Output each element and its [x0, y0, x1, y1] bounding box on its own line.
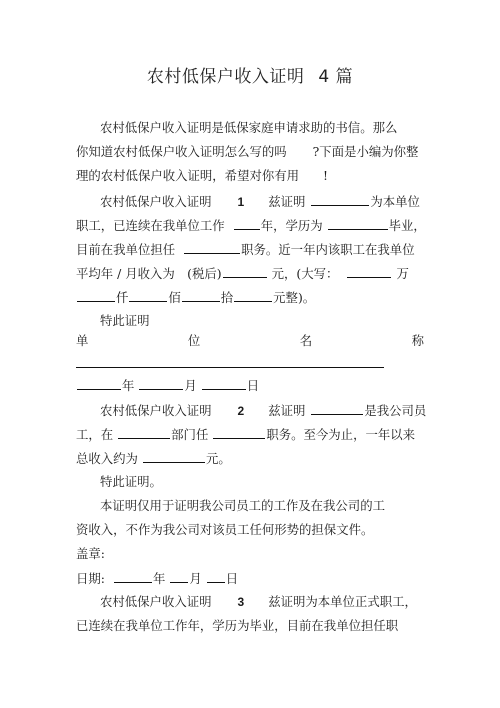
s1-l3b: 职务。近一年内该职工在我单位 [241, 242, 414, 257]
s1-l5a: 仟 [116, 290, 128, 305]
section2-heading: 农村低保户收入证明 [100, 403, 212, 418]
unit-name-label: 单 位 名 称 [76, 333, 426, 349]
month-blank[interactable] [139, 377, 183, 390]
s2-l1a: 兹证明 [268, 403, 305, 418]
document-page: 农村低保户收入证明4 篇 农村低保户收入证明是低保家庭申请求助的书信。那么 你知… [0, 0, 500, 708]
unit-char-2: 位 [188, 333, 200, 349]
section3-line-1: 农村低保户收入证明3兹证明为本单位正式职工， [100, 594, 450, 610]
department-blank[interactable] [118, 426, 170, 439]
section1-line-2: 职工，已连续在我单位工作年，学历为毕业， [76, 217, 426, 234]
year-blank[interactable] [77, 377, 121, 390]
section3-number: 3 [238, 595, 245, 609]
intro-line-2b: ?下面是小编为你整 [313, 144, 419, 159]
intro-line-2: 你知道农村低保户收入证明怎么写的吗?下面是小编为你整 [76, 144, 426, 160]
title-text: 农村低保户收入证明 [147, 67, 305, 87]
date-label: 日期: [76, 571, 105, 586]
s2-month: 月 [189, 571, 201, 586]
s2-l2a: 工，在 [76, 427, 113, 442]
intro-line-3b: ! [323, 168, 328, 183]
intro-line-1: 农村低保户收入证明是低保家庭申请求助的书信。那么 [100, 120, 450, 136]
s1-l5c: 拾 [221, 290, 233, 305]
section2-line-1: 农村低保户收入证明2兹证明是我公司员 [100, 402, 450, 419]
s2-day-blank[interactable] [207, 570, 225, 583]
title-count: 4 篇 [318, 67, 353, 87]
s1-l3a: 目前在我单位担任 [76, 242, 175, 257]
section1-date: 年月日 [76, 377, 426, 394]
s1-l5d: 元整)。 [273, 290, 315, 305]
unit-name-rule[interactable] [76, 367, 384, 368]
qian-blank[interactable] [77, 289, 115, 302]
s2-l2b: 部门任 [171, 427, 208, 442]
unit-char-3: 名 [300, 333, 312, 349]
position-blank[interactable] [184, 241, 240, 254]
s1-month: 月 [184, 378, 196, 393]
day-blank[interactable] [202, 377, 246, 390]
section2-closing: 特此证明。 [100, 474, 450, 490]
s2-l1b: 是我公司员 [364, 403, 426, 418]
section1-line-1: 农村低保户收入证明1兹证明为本单位 [100, 193, 450, 210]
s1-day: 日 [247, 378, 259, 393]
s1-l4b: 元，(大写： [272, 266, 339, 281]
section1-heading: 农村低保户收入证明 [100, 194, 212, 209]
s1-l1b: 为本单位 [370, 194, 420, 209]
section2-line-2: 工，在部门任职务。至今为止，一年以来 [76, 426, 426, 443]
section1-line-4: 平均年 / 月收入为 (税后)元，(大写：万 [76, 265, 426, 282]
intro-line-2a: 你知道农村低保户收入证明怎么写的吗 [76, 144, 287, 159]
bai-blank[interactable] [129, 289, 167, 302]
education-blank[interactable] [328, 217, 388, 230]
years-blank[interactable] [234, 217, 260, 230]
section1-line-5: 仟佰拾元整)。 [76, 289, 426, 306]
section3-heading: 农村低保户收入证明 [100, 594, 212, 609]
s1-l4a: 平均年 / 月收入为 (税后) [76, 266, 222, 281]
s1-l2c: 毕业， [389, 218, 426, 233]
total-income-blank[interactable] [143, 450, 205, 463]
s2-month-blank[interactable] [170, 570, 188, 583]
s2-year: 年 [153, 571, 165, 586]
s1-year: 年 [122, 378, 134, 393]
section2-number: 2 [238, 404, 245, 418]
job-blank[interactable] [213, 426, 265, 439]
s3-l1: 兹证明为本单位正式职工， [268, 594, 417, 609]
s2-l3a: 总收入约为 [76, 451, 138, 466]
unit-char-1: 单 [76, 333, 88, 349]
section2-date: 日期:年月日 [76, 570, 426, 587]
s2-l3b: 元。 [206, 451, 231, 466]
section1-number: 1 [238, 195, 245, 209]
s1-l2b: 年，学历为 [261, 218, 323, 233]
s1-l1a: 兹证明 [268, 194, 305, 209]
s2-year-blank[interactable] [114, 570, 152, 583]
seal-label: 盖章: [76, 546, 426, 562]
s1-l4c: 万 [396, 266, 408, 281]
page-title: 农村低保户收入证明4 篇 [0, 62, 500, 87]
income-blank[interactable] [223, 265, 267, 278]
s1-l2a: 职工，已连续在我单位工作 [76, 218, 225, 233]
unit-char-4: 称 [412, 333, 424, 349]
s2-day: 日 [226, 571, 238, 586]
section2-line-3: 总收入约为元。 [76, 450, 426, 467]
section1-line-3: 目前在我单位担任职务。近一年内该职工在我单位 [76, 241, 426, 258]
section2-note-1: 本证明仅用于证明我公司员工的工作及在我公司的工 [100, 498, 450, 514]
section1-closing: 特此证明 [100, 313, 450, 329]
wan-blank[interactable] [347, 265, 391, 278]
intro-line-3a: 理的农村低保户收入证明，希望对你有用 [76, 168, 299, 183]
s1-l5b: 佰 [168, 290, 180, 305]
shi-blank[interactable] [182, 289, 220, 302]
intro-line-3: 理的农村低保户收入证明，希望对你有用! [76, 168, 426, 184]
yuan-blank[interactable] [234, 289, 272, 302]
section2-note-2: 资收入，不作为我公司对该员工任何形势的担保文件。 [76, 522, 426, 538]
name-blank[interactable] [311, 193, 369, 206]
section3-line-2: 已连续在我单位工作年，学历为毕业，目前在我单位担任职 [76, 618, 426, 634]
employee-name-blank[interactable] [311, 402, 363, 415]
s2-l2c: 职务。至今为止，一年以来 [266, 427, 415, 442]
